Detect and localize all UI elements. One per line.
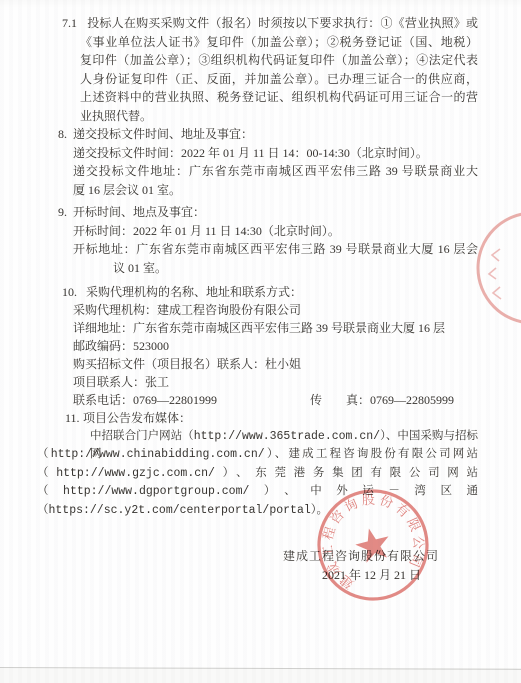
registration-contact-line: 购买招标文件（项目报名）联系人：杜小姐 <box>73 355 521 373</box>
section-10-number: 10. <box>62 283 86 301</box>
media-line-5: （https://sc.y2t.com/centerportal/portal）… <box>37 502 521 521</box>
submission-address-line-1: 递交投标文件地址：广东省东莞市南城区西平宏伟三路 39 号联景商业大 <box>73 162 478 181</box>
section-10-heading: 10.采购代理机构的名称、地址和联系方式： <box>62 283 521 301</box>
section-9-heading: 9.开标时间、地点及事宜： <box>58 203 521 222</box>
postal-code-line: 邮政编码：523000 <box>73 337 521 355</box>
submission-address-line-2: 厦 16 层会议 01 室。 <box>73 181 521 200</box>
section-11-title: 项目公告发布媒体： <box>83 411 191 425</box>
submission-time-line: 递交投标文件时间：2022 年 01 月 11 日 14：00-14:30（北京… <box>73 144 521 163</box>
section-9-number: 9. <box>58 203 73 222</box>
partial-seal-graphic <box>470 205 521 335</box>
opening-time-line: 开标时间：2022 年 01 月 11 日 14:30（北京时间）。 <box>73 222 521 241</box>
agency-name-line: 采购代理机构：建成工程咨询股份有限公司 <box>73 301 521 319</box>
section-11-heading: 11.项目公告发布媒体： <box>65 409 521 428</box>
partial-seal-stamp <box>470 205 521 335</box>
clause-7-1-line-5: 上述资料中的营业执照、税务登记证、组织机构代码证可用三证合一的营 <box>80 88 478 107</box>
section-11-number: 11. <box>65 409 83 428</box>
phone-fax-line: 联系电话：0769—22801999传 真：0769—22805999 <box>73 391 521 409</box>
clause-7-1-line-4: 人身份证复印件（正、反面，并加盖公章）。已办理三证合一的供应商， <box>80 70 478 89</box>
phone-number: 联系电话：0769—22801999 <box>73 393 217 407</box>
agency-address-line: 详细地址：广东省东莞市南城区西平宏伟三路 39 号联景商业大厦 16 层 <box>73 319 521 337</box>
clause-7-1-line-1: 7.1投标人在购买采购文件（报名）时须按以下要求执行：①《营业执照》或 <box>62 14 478 33</box>
clause-7-1-line-2: 《事业单位法人证书》复印件（加盖公章）；②税务登记证（国、地税） <box>80 33 478 52</box>
opening-address-line-1: 开标地址：广东省东莞市南城区西平宏伟三路 39 号联景商业大厦 16 层会 <box>73 240 478 259</box>
scan-below-edge-area <box>0 668 521 683</box>
section-8-number: 8. <box>58 125 73 144</box>
section-8-heading: 8.递交投标文件时间、地址及事宜： <box>58 125 521 144</box>
clause-7-1-line-3: 复印件（加盖公章）；③组织机构代码证复印件（加盖公章）；④法定代表 <box>80 51 478 70</box>
section-8-title: 递交投标文件时间、地址及事宜： <box>73 127 253 141</box>
star-icon <box>352 524 393 564</box>
section-10-title: 采购代理机构的名称、地址和联系方式： <box>86 285 302 299</box>
clause-7-1-line-6: 业执照代替。 <box>80 107 521 126</box>
opening-address-line-2: 议 01 室。 <box>113 259 521 278</box>
scan-top-shading <box>0 0 521 8</box>
clause-7-1-text: 投标人在购买采购文件（报名）时须按以下要求执行：①《营业执照》或 <box>87 16 478 30</box>
section-9-title: 开标时间、地点及事宜： <box>73 205 205 219</box>
project-contact-line: 项目联系人：张工 <box>73 373 521 391</box>
fax-number: 传 真：0769—22805999 <box>310 391 454 409</box>
document-page: 7.1投标人在购买采购文件（报名）时须按以下要求执行：①《营业执照》或 《事业单… <box>0 14 521 584</box>
media-line-2: （http://www.chinabidding.com.cn/）、建成工程咨询… <box>37 446 478 465</box>
media-line-1: 中招联合门户网站（http://www.365trade.com.cn/）、中国… <box>90 428 478 447</box>
clause-7-1-number: 7.1 <box>62 14 87 33</box>
